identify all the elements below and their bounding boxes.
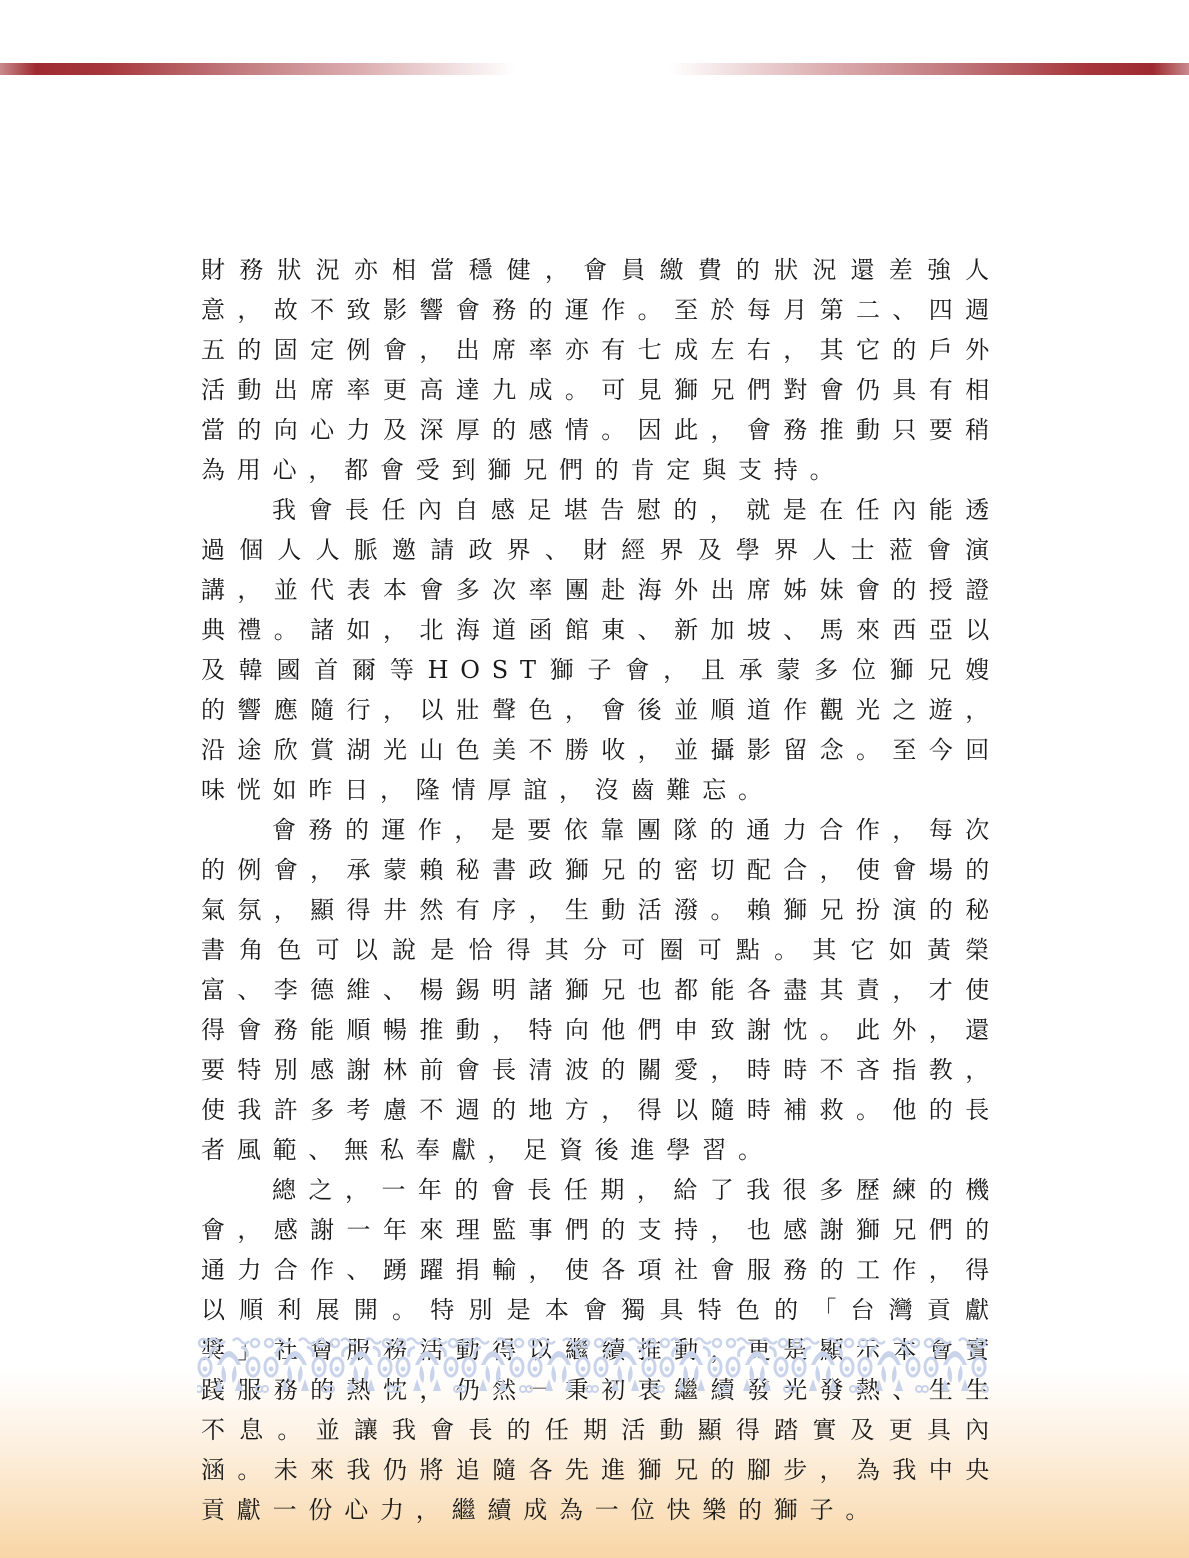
top-decorative-bar-right	[670, 63, 1189, 75]
decorative-ornament-border	[197, 1335, 993, 1395]
paragraph-1: 財務狀況亦相當穩健，會員繳費的狀況還差強人意，故不致影響會務的運作。至於每月第二…	[201, 250, 1001, 490]
paragraph-2: 我會長任內自感足堪告慰的，就是在任內能透過個人人脈邀請政界、財經界及學界人士蒞會…	[201, 490, 1001, 810]
paragraph-3: 會務的運作，是要依靠團隊的通力合作，每次的例會，承蒙賴秘書政獅兄的密切配合，使會…	[201, 810, 1001, 1170]
top-decorative-bar-left	[0, 63, 515, 75]
